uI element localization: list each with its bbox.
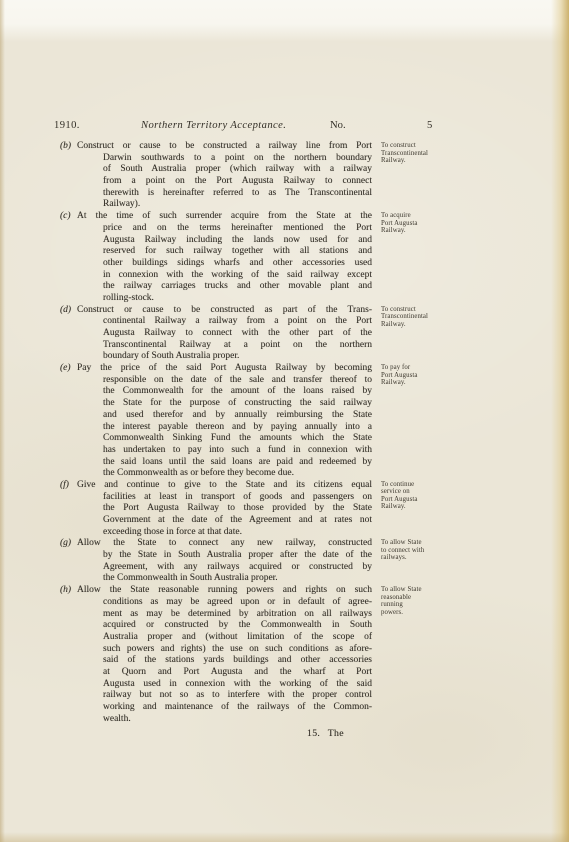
text-line: boundary of South Australia proper. [60, 351, 372, 363]
side-note: To constructTranscontinentalRailway. [381, 142, 453, 165]
header-year: 1910. [54, 120, 80, 131]
text-line: the State for the purpose of constructin… [60, 398, 372, 410]
text-line: therewith is hereinafter referred to as … [60, 188, 372, 200]
clause-e: To pay forPort AugustaRailway.(e)Pay the… [60, 363, 372, 480]
text-line: acquired or constructed by the Commonwea… [60, 620, 372, 632]
clause-c: To acquirePort AugustaRailway.(c)At the … [60, 211, 372, 305]
header-number-label: No. [330, 120, 346, 131]
text-line: Augusta Railway including the lands now … [60, 235, 372, 247]
clause-label: (f) [60, 480, 77, 492]
side-note-line: Port Augusta [381, 220, 453, 228]
text-line: the railway carriages trucks and other m… [60, 281, 372, 293]
text-line: Transcontinental Railway at a point on t… [60, 340, 372, 352]
text-line: Government at the date of the Agreement … [60, 515, 372, 527]
text-line: wealth. [60, 714, 372, 726]
clause-label: (g) [60, 538, 77, 550]
text-line: (c)At the time of such surrender acquire… [60, 211, 372, 223]
side-note-line: To construct [381, 142, 453, 150]
side-note: To continueservice onPort AugustaRailway… [381, 481, 453, 511]
side-note-line: To allow State [381, 539, 453, 547]
side-note-line: Port Augusta [381, 496, 453, 504]
running-header: 1910. Northern Territory Acceptance. No.… [0, 120, 569, 134]
text-line: Railway). [60, 199, 372, 211]
text-line: price and on the terms hereinafter menti… [60, 223, 372, 235]
text-line: Commonwealth Sinking Fund the amounts wh… [60, 433, 372, 445]
text-line: (d)Construct or cause to be constructed … [60, 305, 372, 317]
page-top-edge [0, 0, 569, 46]
text-line: such powers and rights) the use on such … [60, 644, 372, 656]
text-line: Australia proper and (without limitation… [60, 632, 372, 644]
side-note: To pay forPort AugustaRailway. [381, 364, 453, 387]
text-line: in connexion with the working of the sai… [60, 270, 372, 282]
body-text: To constructTranscontinentalRailway.(b)C… [60, 141, 372, 740]
side-note-line: Port Augusta [381, 372, 453, 380]
text-line: railway but not so as to interfere with … [60, 690, 372, 702]
side-note-line: running [381, 601, 453, 609]
text-line: ment as may be determined by arbitration… [60, 609, 372, 621]
clause-f: To continueservice onPort AugustaRailway… [60, 480, 372, 538]
side-note: To allow Stateto connect withrailways. [381, 539, 453, 562]
side-note: To constructTranscontinentalRailway. [381, 306, 453, 329]
text-line: (e)Pay the price of the said Port August… [60, 363, 372, 375]
text-line: responsible on the date of the sale and … [60, 375, 372, 387]
text-line: exceeding those in force at that date. [60, 527, 372, 539]
side-note-line: To acquire [381, 212, 453, 220]
clause-d: To constructTranscontinentalRailway.(d)C… [60, 305, 372, 363]
text-line: and used therefor and by annually reimbu… [60, 410, 372, 422]
text-line: conditions as may be agreed upon or in d… [60, 597, 372, 609]
text-line: the Commonwealth in South Australia prop… [60, 573, 372, 585]
clause-label: (d) [60, 305, 77, 317]
clause-label: (c) [60, 211, 77, 223]
page-number: 5 [427, 120, 432, 131]
text-line: Augusta used in connexion with the worki… [60, 679, 372, 691]
text-line: of South Australia proper (which railway… [60, 164, 372, 176]
text-line: the said loans until the said loans are … [60, 457, 372, 469]
clause-g: To allow Stateto connect withrailways.(g… [60, 538, 372, 585]
text-line: Darwin southwards to a point on the nort… [60, 153, 372, 165]
side-note-line: to connect with [381, 547, 453, 555]
text-line: by the State in South Australia proper a… [60, 550, 372, 562]
text-line: facilities at least in transport of good… [60, 492, 372, 504]
text-line: (g)Allow the State to connect any new ra… [60, 538, 372, 550]
text-line: working and maintenance of the railways … [60, 702, 372, 714]
side-note-line: railways. [381, 554, 453, 562]
side-note-line: Transcontinental [381, 150, 453, 158]
side-note-line: service on [381, 488, 453, 496]
side-note-line: Railway. [381, 157, 453, 165]
text-line: continental Railway a railway from a poi… [60, 316, 372, 328]
clause-h: To allow Statereasonablerunningpowers.(h… [60, 585, 372, 725]
clause-label: (h) [60, 585, 77, 597]
clause-label: (e) [60, 363, 77, 375]
side-note-line: To pay for [381, 364, 453, 372]
text-line: from a point on the Port Augusta Railway… [60, 176, 372, 188]
text-line: has undertaken to pay into such a fund i… [60, 445, 372, 457]
side-note: To allow Statereasonablerunningpowers. [381, 586, 453, 616]
side-note-line: Railway. [381, 321, 453, 329]
page-edge-bottom [0, 832, 569, 842]
side-note-line: To continue [381, 481, 453, 489]
text-line: (b)Construct or cause to be constructed … [60, 141, 372, 153]
text-line: rolling-stock. [60, 293, 372, 305]
text-line: the Commonwealth for the amount of the l… [60, 386, 372, 398]
clause-b: To constructTranscontinentalRailway.(b)C… [60, 141, 372, 211]
text-line: Agreement, with any railways acquired or… [60, 562, 372, 574]
text-line: at Quorn and Port Augusta and the wharf … [60, 667, 372, 679]
catchword: 15. The [60, 728, 372, 740]
document-page: 1910. Northern Territory Acceptance. No.… [0, 0, 569, 842]
side-note-line: Railway. [381, 379, 453, 387]
side-note-line: reasonable [381, 594, 453, 602]
side-note: To acquirePort AugustaRailway. [381, 212, 453, 235]
side-note-line: To construct [381, 306, 453, 314]
text-line: the Port Augusta Railway to those provid… [60, 503, 372, 515]
text-line: (h)Allow the State reasonable running po… [60, 585, 372, 597]
text-line: said of the stations yards buildings and… [60, 655, 372, 667]
clause-label: (b) [60, 141, 77, 153]
text-line: reserved for such railway together with … [60, 246, 372, 258]
side-note-line: Transcontinental [381, 313, 453, 321]
text-line: the Commonwealth as or before they becom… [60, 468, 372, 480]
side-note-line: To allow State [381, 586, 453, 594]
header-title: Northern Territory Acceptance. [141, 120, 286, 131]
text-line: (f)Give and continue to give to the Stat… [60, 480, 372, 492]
text-line: the interest payable thereon and by payi… [60, 422, 372, 434]
side-note-line: Railway. [381, 503, 453, 511]
side-note-line: Railway. [381, 227, 453, 235]
side-note-line: powers. [381, 609, 453, 617]
text-line: other buildings sidings wharfs and other… [60, 258, 372, 270]
text-line: Augusta Railway to connect with the othe… [60, 328, 372, 340]
